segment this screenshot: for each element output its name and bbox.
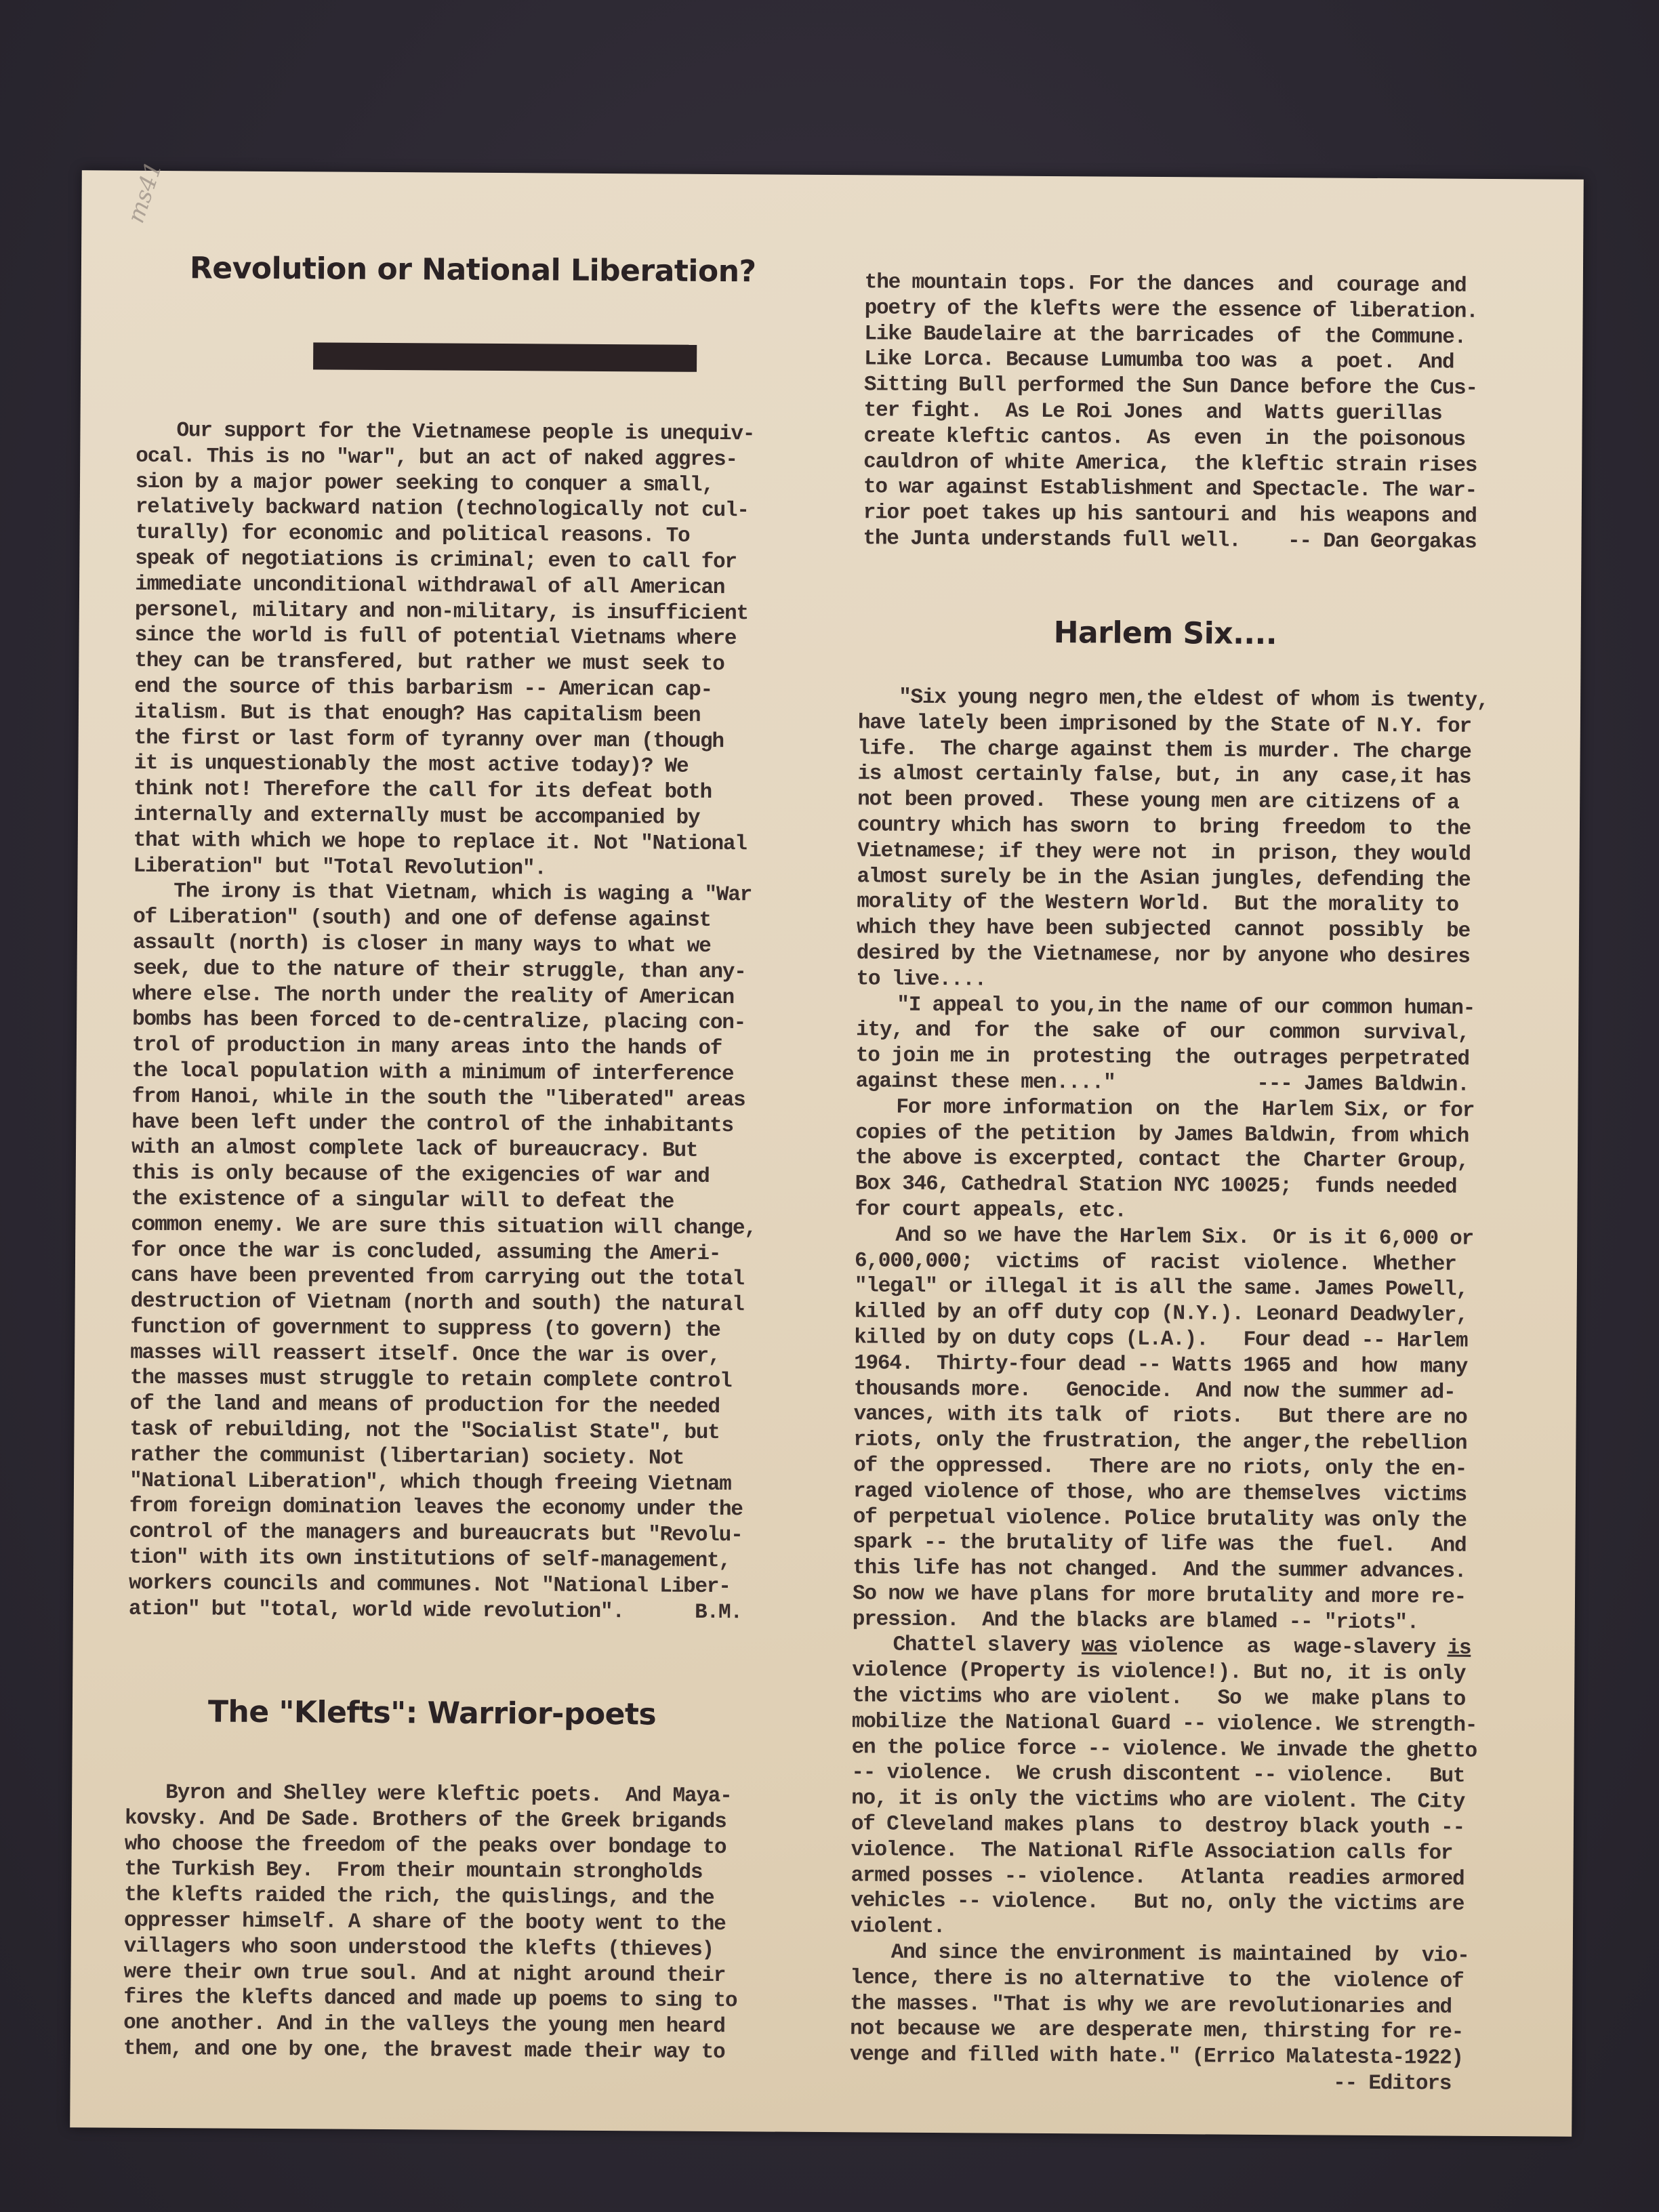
text-line: it is unquestionably the most active tod… — [134, 751, 818, 781]
text-line: kovsky. And De Sade. Brothers of the Gre… — [125, 1805, 809, 1835]
text-line: venge and filled with hate." (Errico Mal… — [850, 2042, 1534, 2072]
text-line: one another. And in the valleys the youn… — [123, 2011, 808, 2041]
text-line: the masses. "That is why we are revoluti… — [850, 1991, 1534, 2021]
text-line: And since the environment is maintained … — [851, 1940, 1535, 1969]
text-line: function of government to suppress (to g… — [130, 1315, 815, 1345]
text-line: the victims who are violent. So we make … — [852, 1683, 1536, 1713]
text-line: almost surely be in the Asian jungles, d… — [857, 864, 1541, 894]
text-line: of perpetual violence. Police brutality … — [853, 1504, 1538, 1534]
article-body-klefts-part1: Byron and Shelley were kleftic poets. An… — [123, 1780, 810, 2066]
text-line: "National Liberation", which though free… — [129, 1468, 814, 1498]
text-line: this is only because of the exigencies o… — [131, 1161, 816, 1191]
text-line: bombs has been forced to de-centralize, … — [132, 1007, 817, 1037]
text-line: riots, only the frustration, the anger,t… — [853, 1427, 1538, 1457]
text-line: oppresser himself. A share of the booty … — [124, 1908, 808, 1938]
text-line: the Turkish Bey. From their mountain str… — [124, 1857, 808, 1887]
text-line: control of the managers and bureaucrats … — [129, 1519, 813, 1549]
text-line: trol of production in many areas into th… — [132, 1033, 817, 1063]
text-line: Byron and Shelley were kleftic poets. An… — [125, 1780, 809, 1810]
text-line: For more information on the Harlem Six, … — [855, 1094, 1540, 1124]
text-line: assault (north) is closer in many ways t… — [133, 930, 817, 960]
text-line: workers councils and communes. Not "Nati… — [129, 1571, 813, 1601]
text-line: not because we are desperate men, thirst… — [850, 2017, 1534, 2047]
text-line: personel, military and non-military, is … — [135, 597, 819, 627]
text-line: ation" but "total, world wide revolution… — [129, 1596, 813, 1626]
text-line: tion" with its own institutions of self-… — [129, 1545, 813, 1575]
text-line: poetry of the klefts were the essence of… — [865, 295, 1549, 325]
text-line: -- Editors — [850, 2068, 1534, 2097]
text-line: speak of negotiations is criminal; even … — [135, 546, 819, 576]
text-line: villagers who soon understood the klefts… — [124, 1933, 808, 1963]
leaflet-page: ms41 Revolution or National Liberation? … — [70, 170, 1584, 2136]
text-line: ter fight. As Le Roi Jones and Watts gue… — [864, 398, 1549, 428]
text-line: Sitting Bull performed the Sun Dance bef… — [864, 373, 1549, 403]
text-line: from Hanoi, while in the south the "libe… — [131, 1084, 816, 1113]
text-line: "I appeal to you,in the name of our comm… — [856, 992, 1540, 1022]
text-line: sion by a major power seeking to conquer… — [136, 469, 820, 499]
text-line: common enemy. We are sure this situation… — [131, 1212, 815, 1242]
text-line: Our support for the Vietnamese people is… — [136, 418, 820, 448]
text-line: the Junta understands full well. -- Dan … — [863, 526, 1547, 556]
text-line: The irony is that Vietnam, which is wagi… — [133, 879, 817, 909]
text-line: country which has sworn to bring freedom… — [857, 813, 1542, 842]
text-line: -- violence. We crush discontent -- viol… — [851, 1761, 1536, 1790]
text-line: 1964. Thirty-four dead -- Watts 1965 and… — [854, 1351, 1538, 1380]
article-body-revolution: Our support for the Vietnamese people is… — [129, 418, 821, 1626]
text-line: where else. The north under the reality … — [132, 981, 817, 1011]
text-line: vehicles -- violence. But no, only the v… — [851, 1889, 1535, 1919]
text-line: end the source of this barbarism -- Amer… — [134, 674, 819, 704]
text-line: have lately been imprisoned by the State… — [858, 710, 1542, 740]
text-line: en the police force -- violence. We inva… — [852, 1735, 1536, 1765]
text-line: thousands more. Genocide. And now the su… — [854, 1376, 1538, 1406]
text-line: since the world is full of potential Vie… — [135, 623, 819, 653]
text-line: the local population with a minimum of i… — [132, 1059, 817, 1088]
text-line: raged violence of those, who are themsel… — [853, 1479, 1538, 1509]
text-line: Like Lorca. Because Lumumba too was a po… — [864, 347, 1549, 377]
text-line: ocal. This is no "war", but an act of na… — [136, 444, 820, 474]
text-line: from foreign domination leaves the econo… — [129, 1494, 814, 1523]
text-line: for once the war is concluded, assuming … — [131, 1237, 815, 1267]
text-line: killed by on duty cops (L.A.). Four dead… — [854, 1325, 1538, 1355]
text-line: So now we have plans for more brutality … — [853, 1581, 1537, 1611]
text-line: killed by an off duty cop (N.Y.). Leonar… — [854, 1299, 1538, 1329]
text-line: vances, with its talk of riots. But ther… — [854, 1402, 1538, 1432]
text-line: them, and one by one, the bravest made t… — [123, 2036, 808, 2066]
text-line: Like Baudelaire at the barricades of the… — [864, 321, 1549, 351]
text-line: mobilize the National Guard -- violence.… — [852, 1709, 1536, 1739]
text-line: masses will reassert itself. Once the wa… — [130, 1340, 815, 1370]
text-line: violent. — [851, 1914, 1535, 1944]
text-line: to join me in protesting the outrages pe… — [856, 1043, 1540, 1073]
text-line: have been left under the control of the … — [131, 1109, 816, 1139]
text-line: the existence of a singular will to defe… — [131, 1187, 815, 1216]
text-line: violence (Property is violence!). But no… — [852, 1658, 1536, 1688]
handwritten-note: ms41 — [122, 158, 167, 226]
text-line: of the oppressed. There are no riots, on… — [853, 1453, 1538, 1483]
text-line: cans have been prevented from carrying o… — [131, 1263, 815, 1293]
article-title-harlem-six: Harlem Six.... — [1054, 615, 1277, 651]
text-line: no, it is only the victims who are viole… — [851, 1786, 1536, 1816]
text-line: italism. But is that enough? Has capital… — [134, 700, 819, 730]
text-line: task of rebuilding, not the "Socialist S… — [129, 1417, 814, 1447]
text-line: create kleftic cantos. As even in the po… — [863, 424, 1548, 453]
text-line: Vietnamese; if they were not in prison, … — [857, 838, 1542, 868]
text-line: lence, there is no alternative to the vi… — [850, 1965, 1534, 1995]
article-title-klefts: The "Klefts": Warrior-poets — [208, 1694, 657, 1732]
text-line: And so we have the Harlem Six. Or is it … — [855, 1223, 1539, 1252]
text-line: spark -- the brutality of life was the f… — [853, 1530, 1537, 1560]
text-line: against these men...." --- James Baldwin… — [856, 1069, 1540, 1099]
text-line: ity, and for the sake of our common surv… — [856, 1018, 1540, 1048]
text-line: pression. And the blacks are blamed -- "… — [853, 1607, 1537, 1637]
text-line: destruction of Vietnam (north and south)… — [131, 1289, 815, 1319]
text-line: think not! Therefore the call for its de… — [134, 777, 818, 806]
text-line: the above is excerpted, contact the Char… — [855, 1146, 1540, 1176]
text-line: turally) for economic and political reas… — [135, 520, 819, 550]
text-line: the first or last form of tyranny over m… — [134, 725, 819, 755]
text-line: for court appeals, etc. — [855, 1197, 1539, 1227]
article-body-klefts-part2: the mountain tops. For the dances and co… — [863, 270, 1549, 556]
text-line: 6,000,000; victims of racist violence. W… — [855, 1248, 1539, 1278]
text-line: to live.... — [856, 966, 1540, 996]
text-line: internally and externally must be accomp… — [134, 802, 818, 832]
text-line: violence. The National Rifle Association… — [851, 1837, 1536, 1867]
text-line: they can be transfered, but rather we mu… — [134, 649, 819, 678]
text-line: of the land and means of production for … — [130, 1391, 815, 1421]
text-line: copies of the petition by James Baldwin,… — [855, 1120, 1540, 1150]
text-line: who choose the freedom of the peaks over… — [125, 1831, 809, 1861]
article-body-harlem-six: "Six young negro men,the eldest of whom … — [850, 684, 1543, 2097]
text-line: the mountain tops. For the dances and co… — [865, 270, 1549, 300]
text-line: Liberation" but "Total Revolution". — [133, 853, 817, 883]
text-line: desired by the Vietnamese, nor by anyone… — [857, 941, 1541, 970]
text-line: to war against Establishment and Spectac… — [863, 475, 1548, 505]
text-line: rather the communist (libertarian) socie… — [129, 1443, 814, 1473]
text-line: fires the klefts danced and made up poem… — [123, 1985, 808, 2015]
text-line: of Cleveland makes plans to destroy blac… — [851, 1811, 1536, 1841]
text-line: Box 346, Cathedral Station NYC 10025; fu… — [855, 1171, 1540, 1201]
text-line: relatively backward nation (technologica… — [136, 495, 820, 525]
text-line: "Six young negro men,the eldest of whom … — [858, 684, 1542, 714]
text-line: were their own true soul. And at night a… — [123, 1959, 808, 1989]
text-line: that with which we hope to replace it. N… — [134, 827, 818, 857]
text-line: which they have been subjected cannot po… — [857, 915, 1541, 945]
text-line: not been proved. These young men are cit… — [857, 787, 1542, 817]
text-line: "legal" or illegal it is all the same. J… — [855, 1274, 1539, 1304]
article-title-revolution: Revolution or National Liberation? — [190, 251, 756, 289]
text-line: Chattel slavery was violence as wage-sla… — [852, 1633, 1536, 1662]
text-line: of Liberation" (south) and one of defens… — [133, 905, 817, 935]
text-line: armed posses -- violence. Atlanta readie… — [851, 1863, 1535, 1893]
text-line: this life has not changed. And the summe… — [853, 1555, 1537, 1585]
text-line: is almost certainly false, but, in any c… — [857, 762, 1542, 792]
text-line: the klefts raided the rich, the quisling… — [124, 1883, 808, 1912]
text-line: immediate unconditional withdrawal of al… — [135, 572, 819, 602]
text-line: morality of the Western World. But the m… — [857, 890, 1541, 920]
text-line: seek, due to the nature of their struggl… — [133, 956, 817, 985]
text-line: life. The charge against them is murder.… — [858, 736, 1542, 766]
text-line: rior poet takes up his santouri and his … — [863, 500, 1548, 530]
text-line: with an almost complete lack of bureaucr… — [131, 1135, 816, 1165]
text-line: the masses must struggle to retain compl… — [130, 1366, 815, 1395]
text-line: cauldron of white America, the kleftic s… — [863, 449, 1548, 479]
title-divider-bar — [313, 342, 697, 371]
